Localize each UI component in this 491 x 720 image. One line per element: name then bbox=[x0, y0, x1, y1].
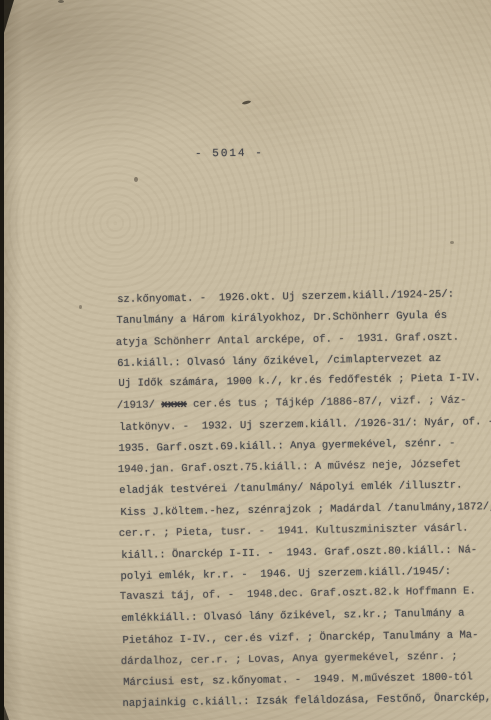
ink-speck bbox=[450, 241, 454, 244]
scan-edge-shadow bbox=[0, 0, 4, 720]
scanned-document: - 5014 - sz.kőnyomat. - 1926.okt. Uj sze… bbox=[0, 0, 491, 720]
strike-line-pre: /1913/ bbox=[117, 400, 162, 413]
typed-text-block: sz.kőnyomat. - 1926.okt. Uj szerzem.kiál… bbox=[116, 284, 491, 716]
typed-line: napjainkig c.kiáll.: Izsák feláldozása, … bbox=[122, 688, 491, 715]
ink-speck bbox=[79, 305, 82, 309]
scan-corner-shadow bbox=[0, 694, 9, 720]
struck-out-word: xxxx bbox=[161, 399, 187, 411]
strike-line-post: cer.és tus ; Tájkép /1886-87/, vizf. ; V… bbox=[187, 395, 467, 411]
ink-speck bbox=[58, 0, 64, 3]
scan-corner-shadow bbox=[0, 0, 14, 46]
ink-speck bbox=[134, 177, 138, 182]
ink-speck bbox=[242, 100, 251, 105]
page-number: - 5014 - bbox=[195, 148, 264, 161]
paper-sheet: - 5014 - sz.kőnyomat. - 1926.okt. Uj sze… bbox=[3, 0, 491, 720]
